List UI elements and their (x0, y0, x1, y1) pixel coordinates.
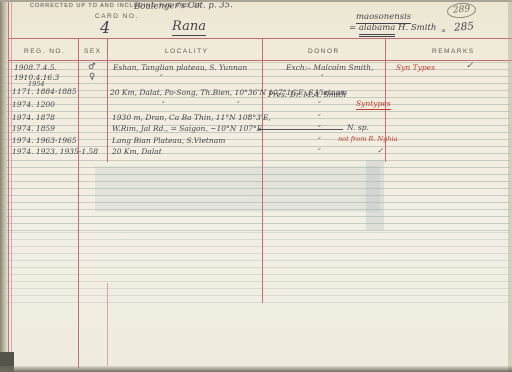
remarks-red-text: Syntypes (356, 99, 391, 110)
rule-under-headers (8, 60, 512, 61)
remarks-red: not from R. Nghia (338, 135, 397, 143)
page-number: 285 (454, 20, 475, 33)
reg-no: 1974. 1859 (12, 124, 55, 133)
check-mark: ✓ (377, 146, 383, 155)
card-top-edge (0, 0, 512, 2)
check-mark: ✓ (466, 61, 473, 71)
rule-under-title (8, 38, 512, 39)
sex-value: ♀ (89, 72, 95, 82)
scan-shadow (95, 166, 380, 212)
reg-no: 1908.7.4.5. (14, 63, 57, 72)
remarks: N. sp. (347, 123, 369, 132)
col-header-remarks: Remarks (432, 48, 475, 55)
reg-no: 1974. 1963-1965 (12, 136, 77, 145)
reg-no: 1974. 1200 (12, 100, 55, 109)
column-line-locality (262, 38, 263, 303)
donor: Pres: Dr. M.A. Smith (268, 90, 346, 99)
taxon-author: H. Smith (398, 23, 436, 33)
donor-ditto: ″ (321, 73, 324, 82)
locality-ditto: ″ (248, 113, 251, 122)
connector-line (258, 129, 343, 130)
donor-ditto: ″ (318, 113, 321, 122)
card-no-value: 4 (100, 18, 110, 37)
locality-ditto-2: ″ (237, 100, 240, 109)
col-header-donor: Donor (308, 48, 340, 55)
genus-name: Rana (172, 19, 206, 34)
genus-name-text: Rana (172, 19, 206, 36)
locality: Lang Bian Plateau, S.Vietnam (112, 136, 225, 145)
locality: Eshan, Tanglian plateau, S. Yunnan (113, 63, 247, 72)
col-header-regno: Reg. No. (24, 48, 65, 55)
card-right-edge (508, 0, 512, 372)
column-line-regno (78, 38, 79, 368)
alpha-mark: ∝ (441, 26, 446, 35)
margin-line-inner (11, 0, 12, 372)
circled-number: 289 (446, 2, 476, 19)
remarks-red: Syn Types (396, 63, 435, 72)
donor-ditto: ″ (318, 100, 321, 109)
remarks-red: Syntypes (356, 99, 391, 108)
locality-ditto: ″ (162, 100, 165, 109)
locality: 20 Km, Dalat (112, 147, 162, 156)
register-card: Corrected up to and including the end of… (0, 0, 512, 372)
donor-ditto: ″ (318, 147, 321, 156)
column-line-sex-lower (107, 283, 108, 366)
card-left-edge (0, 0, 9, 372)
sex-value: ♂ (88, 62, 96, 72)
taxon-species: alabama (359, 23, 396, 37)
donor-ditto: ″ (318, 136, 321, 145)
scan-shadow-strip (366, 160, 384, 230)
col-header-sex: Sex (84, 48, 102, 55)
locality: W.Rim, Jal Rd., = Saigon, ~10°N 107°E (112, 124, 262, 133)
reg-no: 1974. 1923, 1935-1.58 (12, 147, 98, 156)
donor: Exch:– Malcolm Smith, (286, 63, 373, 72)
col-header-locality: Locality (165, 48, 208, 55)
card-bottom-edge (0, 366, 512, 372)
column-line-sex (107, 38, 108, 162)
locality: 1930 m, Dran, Ca Ba Thin, 11°N 108°3'E, (112, 113, 271, 122)
taxon-annotation-2: = alabama H. Smith (349, 23, 436, 33)
taxon-annotation-1: maosonensis (356, 12, 411, 22)
reg-no: 1171. 1884-1885 (12, 87, 77, 96)
reg-no: 1974. 1878 (12, 113, 55, 122)
taxon-eq: = (349, 23, 356, 33)
ruled-lines-lower (6, 232, 510, 308)
locality-ditto: ″ (160, 73, 163, 82)
